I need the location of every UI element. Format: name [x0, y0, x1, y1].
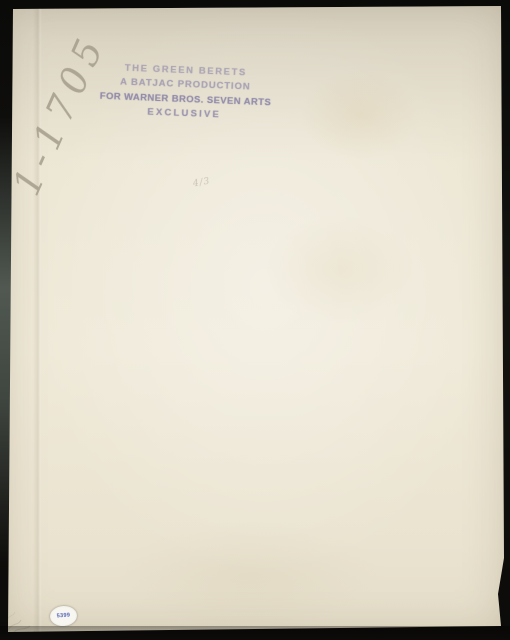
paper-stain [120, 520, 380, 630]
photo-paper-verso: THE GREEN BERETS A BATJAC PRODUCTION FOR… [0, 0, 510, 640]
paper-stain [265, 215, 415, 325]
production-stamp: THE GREEN BERETS A BATJAC PRODUCTION FOR… [99, 61, 271, 125]
paper-crease [33, 0, 42, 640]
paper-stain [300, 70, 420, 160]
pencil-scribble [4, 600, 56, 636]
photo-of-print-back: THE GREEN BERETS A BATJAC PRODUCTION FOR… [0, 0, 510, 640]
sticker-code: 5399 [57, 613, 71, 620]
archive-sticker: 5399 [49, 605, 77, 627]
